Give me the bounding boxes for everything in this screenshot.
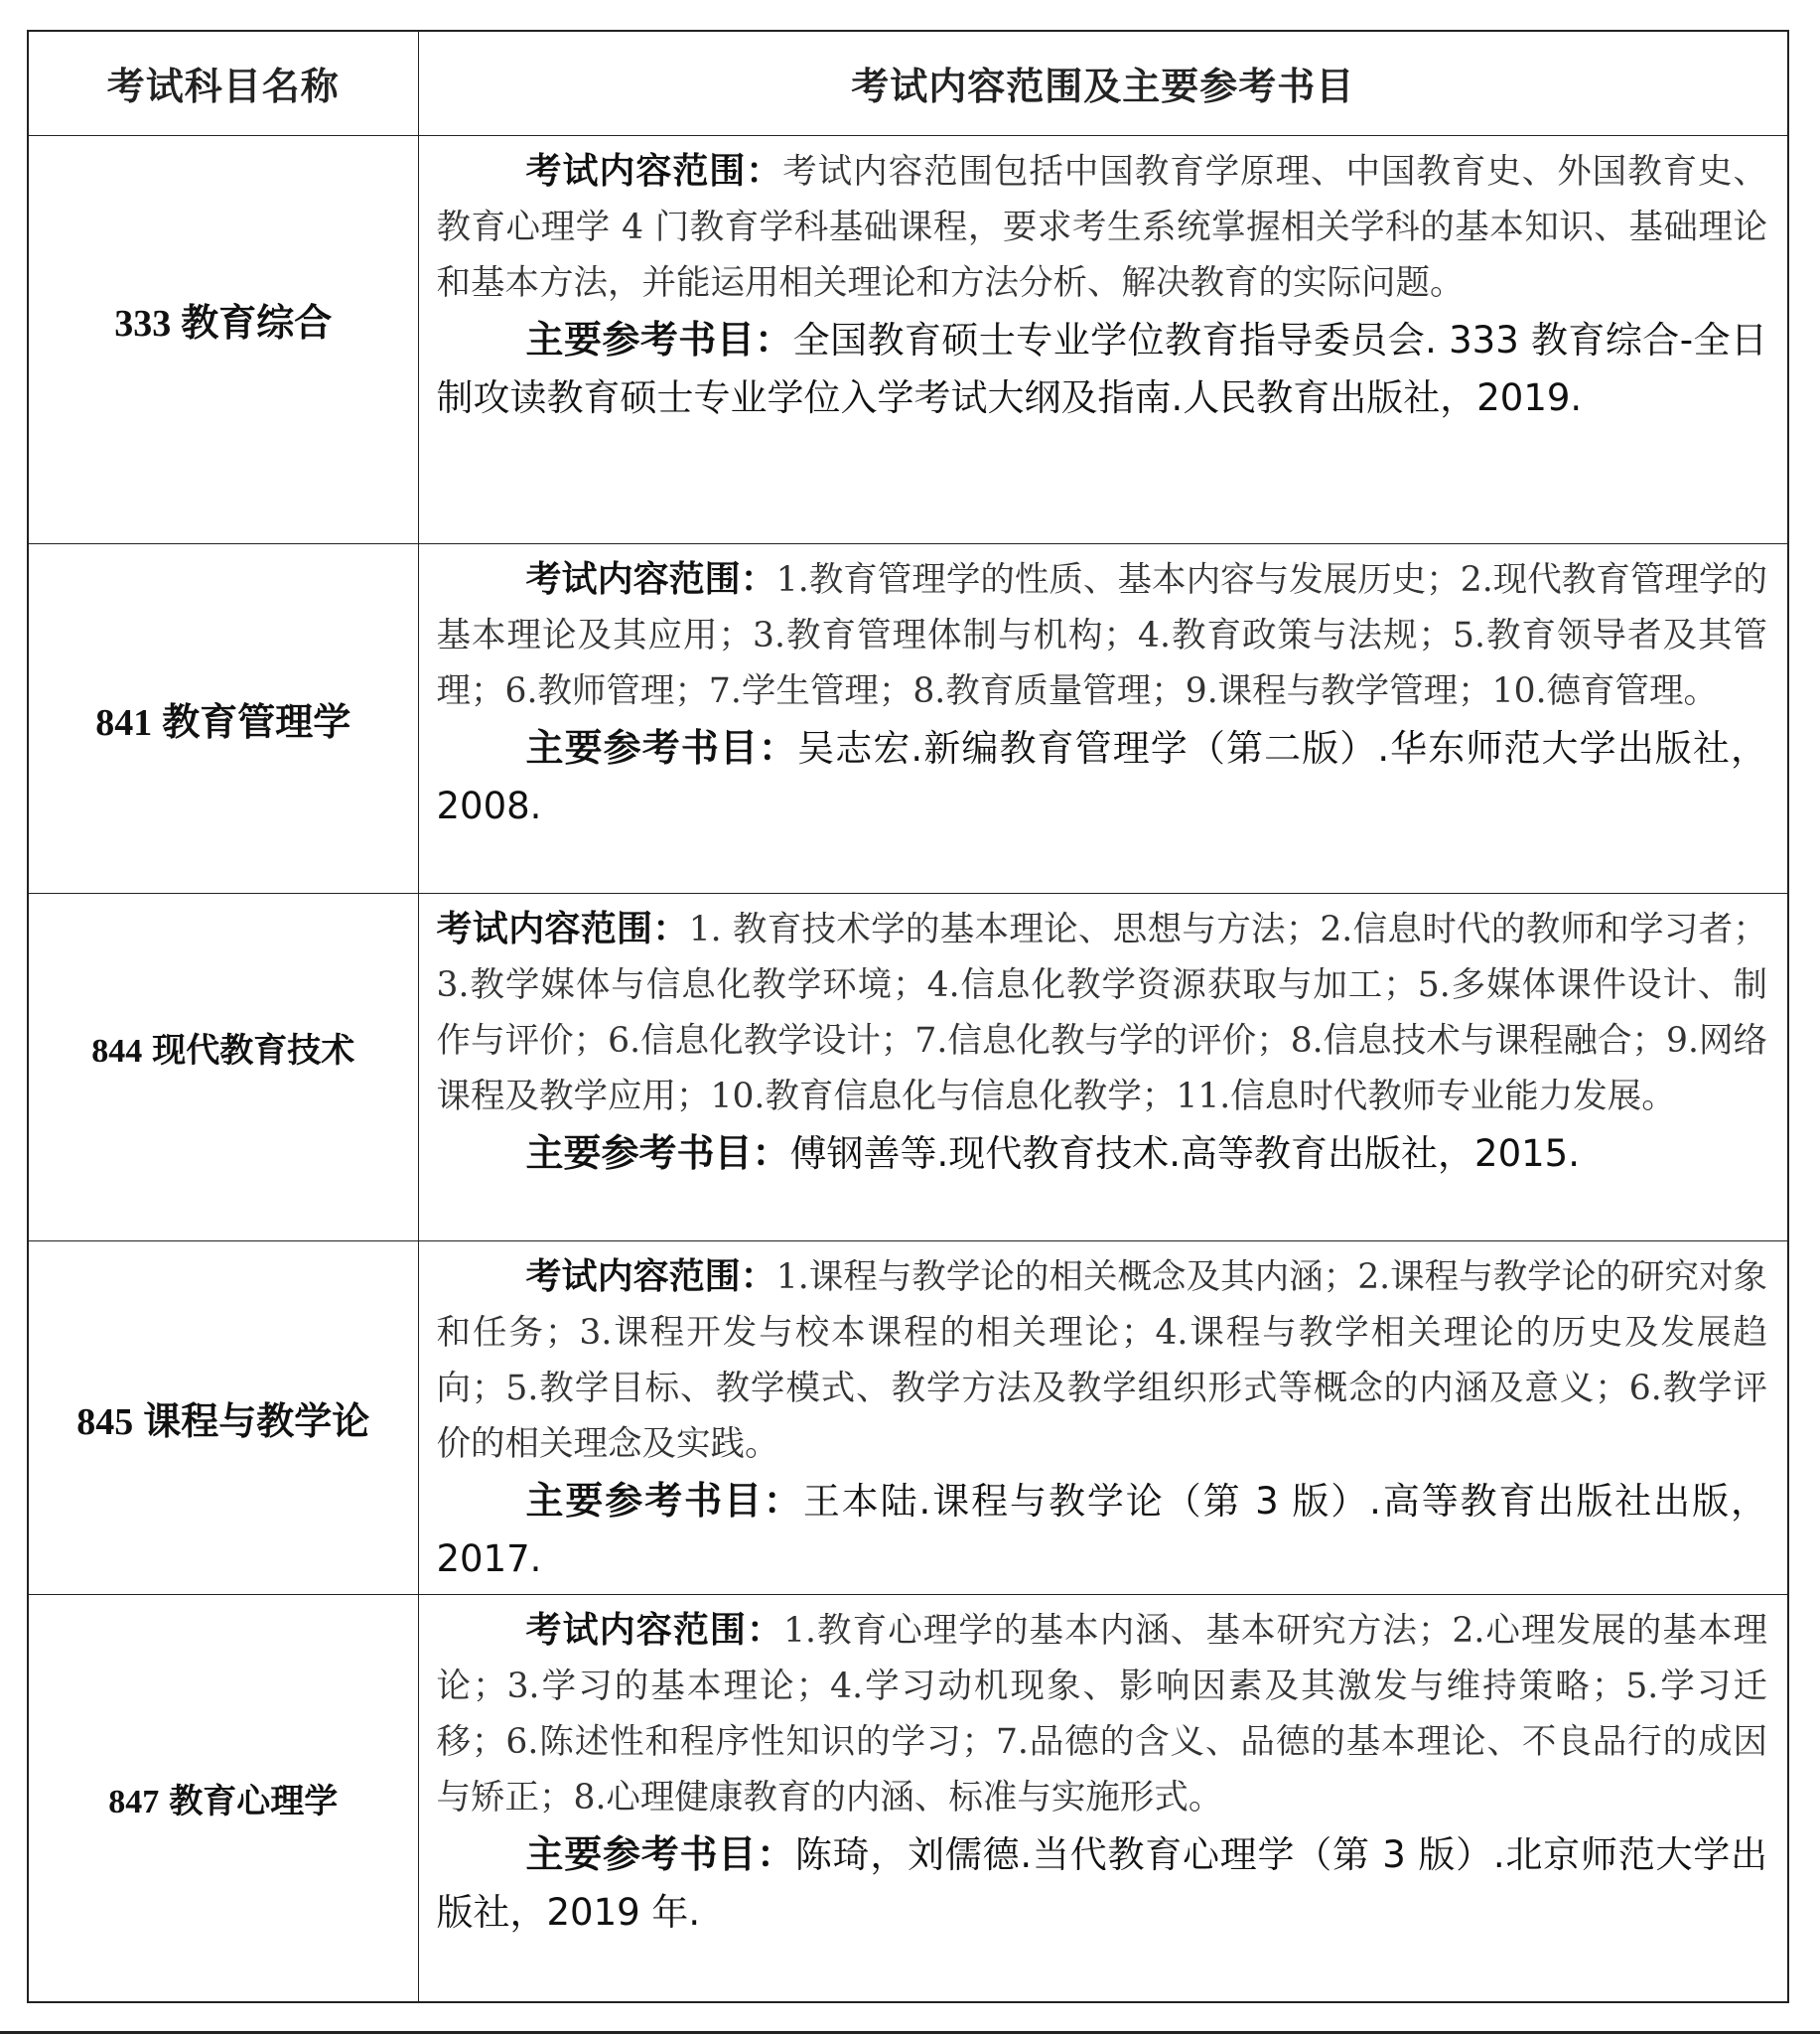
- header-subject-name: 考试科目名称: [28, 31, 418, 135]
- scope-paragraph: 考试内容范围：1.教育管理学的性质、基本内容与发展历史；2.现代教育管理学的基本…: [437, 552, 1768, 719]
- subject-code: 845: [76, 1401, 133, 1443]
- table-row: 845课程与教学论 考试内容范围：1.课程与教学论的相关概念及其内涵；2.课程与…: [28, 1240, 1788, 1594]
- subject-name: 教育心理学: [169, 1782, 338, 1821]
- table-row: 844现代教育技术 考试内容范围：1. 教育技术学的基本理论、思想与方法；2.信…: [28, 893, 1788, 1240]
- content-cell: 考试内容范围：1.教育心理学的基本内涵、基本研究方法；2.心理发展的基本理论；3…: [418, 1594, 1788, 2002]
- content-cell: 考试内容范围：1.课程与教学论的相关概念及其内涵；2.课程与教学论的研究对象和任…: [418, 1240, 1788, 1594]
- reference-paragraph: 主要参考书目：全国教育硕士专业学位教育指导委员会. 333 教育综合-全日制攻读…: [437, 311, 1768, 427]
- subject-code: 841: [95, 702, 152, 744]
- exam-subjects-table: 考试科目名称 考试内容范围及主要参考书目 333教育综合 考试内容范围：考试内容…: [27, 30, 1789, 2003]
- header-row: 考试科目名称 考试内容范围及主要参考书目: [28, 31, 1788, 135]
- subject-code: 333: [114, 303, 171, 345]
- subject-cell: 845课程与教学论: [28, 1240, 418, 1594]
- subject-name: 教育综合: [181, 300, 332, 345]
- subject-cell: 333教育综合: [28, 135, 418, 543]
- subject-name: 教育管理学: [162, 699, 350, 744]
- scope-label: 考试内容范围：: [526, 559, 776, 600]
- reference-label: 主要参考书目：: [526, 318, 793, 362]
- subject-cell: 844现代教育技术: [28, 893, 418, 1240]
- reference-paragraph: 主要参考书目：傅钢善等.现代教育技术.高等教育出版社，2015.: [437, 1124, 1768, 1183]
- reference-paragraph: 主要参考书目：吴志宏.新编教育管理学（第二版）.华东师范大学出版社，2008.: [437, 719, 1768, 835]
- scope-label: 考试内容范围：: [526, 1610, 784, 1651]
- scope-label: 考试内容范围：: [526, 151, 783, 192]
- subject-cell: 847教育心理学: [28, 1594, 418, 2002]
- reference-label: 主要参考书目：: [526, 726, 798, 770]
- header-content-scope: 考试内容范围及主要参考书目: [418, 31, 1788, 135]
- subject-code: 847: [108, 1784, 159, 1820]
- subject-cell: 841教育管理学: [28, 543, 418, 893]
- reference-paragraph: 主要参考书目：陈琦，刘儒德.当代教育心理学（第 3 版）.北京师范大学出版社，2…: [437, 1825, 1768, 1942]
- reference-label: 主要参考书目：: [526, 1479, 803, 1523]
- content-cell: 考试内容范围：考试内容范围包括中国教育学原理、中国教育史、外国教育史、教育心理学…: [418, 135, 1788, 543]
- reference-text: 傅钢善等.现代教育技术.高等教育出版社，2015.: [790, 1132, 1580, 1175]
- subject-name: 现代教育技术: [152, 1031, 354, 1071]
- scope-paragraph: 考试内容范围：1.教育心理学的基本内涵、基本研究方法；2.心理发展的基本理论；3…: [437, 1603, 1768, 1825]
- scope-paragraph: 考试内容范围：考试内容范围包括中国教育学原理、中国教育史、外国教育史、教育心理学…: [437, 144, 1768, 311]
- scope-paragraph: 考试内容范围：1. 教育技术学的基本理论、思想与方法；2.信息时代的教师和学习者…: [437, 902, 1768, 1124]
- reference-label: 主要参考书目：: [526, 1131, 790, 1175]
- table-row: 333教育综合 考试内容范围：考试内容范围包括中国教育学原理、中国教育史、外国教…: [28, 135, 1788, 543]
- subject-code: 844: [91, 1033, 142, 1070]
- table-row: 847教育心理学 考试内容范围：1.教育心理学的基本内涵、基本研究方法；2.心理…: [28, 1594, 1788, 2002]
- reference-label: 主要参考书目：: [526, 1832, 795, 1876]
- scope-label: 考试内容范围：: [526, 1256, 776, 1297]
- content-cell: 考试内容范围：1.教育管理学的性质、基本内容与发展历史；2.现代教育管理学的基本…: [418, 543, 1788, 893]
- table-row: 841教育管理学 考试内容范围：1.教育管理学的性质、基本内容与发展历史；2.现…: [28, 543, 1788, 893]
- reference-paragraph: 主要参考书目：王本陆.课程与教学论（第 3 版）.高等教育出版社出版，2017.: [437, 1472, 1768, 1588]
- scope-paragraph: 考试内容范围：1.课程与教学论的相关概念及其内涵；2.课程与教学论的研究对象和任…: [437, 1249, 1768, 1472]
- scope-label: 考试内容范围：: [437, 909, 689, 949]
- content-cell: 考试内容范围：1. 教育技术学的基本理论、思想与方法；2.信息时代的教师和学习者…: [418, 893, 1788, 1240]
- subject-name: 课程与教学论: [143, 1398, 369, 1443]
